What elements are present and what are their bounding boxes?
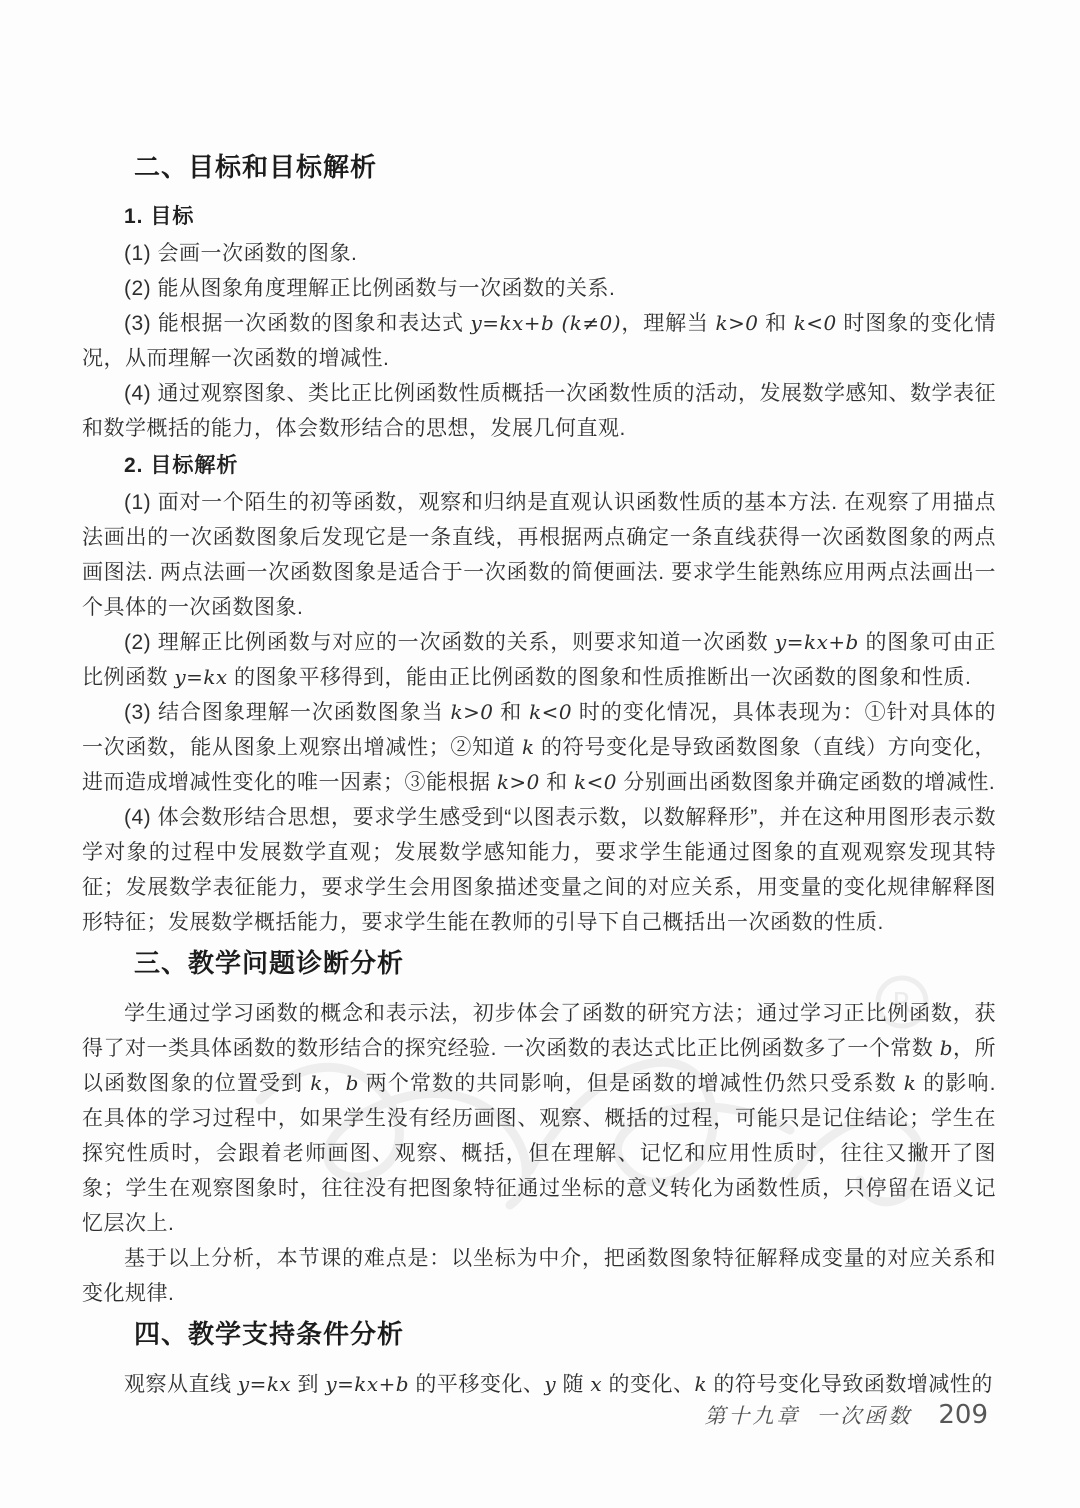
text-run: 基于以上分析，本节课的难点是：以坐标为中介，把函数图象特征解释成变量的对应关系和… [82,1247,996,1305]
math-expression: k<0 [574,770,617,794]
math-expression: k<0 [794,311,837,335]
document-body: 二、目标和目标解析1. 目标(1) 会画一次函数的图象.(2) 能从图象角度理解… [82,150,996,1402]
scanned-book-page: { "document": { "content": [ { "type": "… [0,0,1080,1508]
paragraph: 观察从直线 y=kx 到 y=kx+b 的平移变化、y 随 x 的变化、k 的符… [82,1367,996,1402]
math-expression: ) [613,311,621,335]
math-expression: y=kx+b [325,1372,409,1396]
subsection-heading: 2. 目标解析 [82,451,996,481]
section-heading: 三、教学问题诊断分析 [82,946,996,980]
paragraph: (2) 能从图象角度理解正比例函数与一次函数的关系. [82,271,996,306]
math-expression: k<0 [529,700,572,724]
math-expression: b [346,1071,359,1095]
section-heading: 四、教学支持条件分析 [82,1317,996,1351]
text-run: (2) 理解正比例函数与对应的一次函数的关系，则要求知道一次函数 [124,631,775,654]
math-expression: k>0 [451,700,494,724]
section-heading: 二、目标和目标解析 [82,150,996,184]
paragraph: (4) 通过观察图象、类比正比例函数性质概括一次函数性质的活动，发展数学感知、数… [82,376,996,446]
math-expression: k>0 [715,311,758,335]
footer-chapter-label: 第十九章 [704,1404,800,1428]
text-run: 学生通过学习函数的概念和表示法，初步体会了函数的研究方法；通过学习正比例函数，获… [82,1002,996,1060]
math-expression: b [940,1036,953,1060]
footer-chapter-title: 一次函数 [816,1404,912,1428]
text-run: (4) 体会数形结合思想，要求学生感受到“以图表示数，以数解释形”，并在这种用图… [82,806,996,934]
paragraph: 基于以上分析，本节课的难点是：以坐标为中介，把函数图象特征解释成变量的对应关系和… [82,1241,996,1311]
text-run: 和 [758,312,793,335]
text-run: (3) 能根据一次函数的图象和表达式 [124,312,471,335]
math-expression: y=kx+b [775,630,859,654]
paragraph: (3) 结合图象理解一次函数图象当 k>0 和 k<0 时的变化情况，具体表现为… [82,695,996,800]
text-run: ， [323,1072,346,1095]
math-expression: k>0 [497,770,540,794]
text-run: (1) 面对一个陌生的初等函数，观察和归纳是直观认识函数性质的基本方法. 在观察… [82,491,996,619]
text-run: 的影响. 在具体的学习过程中，如果学生没有经历画图、观察、概括的过程，可能只是记… [82,1072,996,1235]
paragraph: (1) 会画一次函数的图象. [82,236,996,271]
text-run: 两个常数的共同影响，但是函数的增减性仍然只受系数 [359,1072,904,1095]
subsection-heading: 1. 目标 [82,202,996,232]
text-run: 的图象平移得到，能由正比例函数的图象和性质推断出一次函数的图象和性质. [228,666,972,689]
math-expression: k [310,1071,323,1095]
math-expression: k [522,735,535,759]
paragraph: (2) 理解正比例函数与对应的一次函数的关系，则要求知道一次函数 y=kx+b … [82,625,996,695]
math-expression: y=kx [174,665,227,689]
paragraph: (1) 面对一个陌生的初等函数，观察和归纳是直观认识函数性质的基本方法. 在观察… [82,485,996,625]
footer-page-number: 209 [938,1400,988,1430]
text-run: 随 [556,1373,590,1396]
math-expression: y=kx+b [471,311,555,335]
text-run: 的符号变化导致函数增减性的 [707,1373,993,1396]
text-run: 观察从直线 [124,1373,238,1396]
page-content: 二、目标和目标解析1. 目标(1) 会画一次函数的图象.(2) 能从图象角度理解… [0,0,1080,1508]
text-run: 到 [291,1373,325,1396]
text-run: 和 [493,701,529,724]
text-run: 的变化、 [602,1373,694,1396]
math-expression: x [590,1372,602,1396]
text-run: (4) 通过观察图象、类比正比例函数性质概括一次函数性质的活动，发展数学感知、数… [82,382,996,440]
text-run: 分别画出函数图象并确定函数的增减性. [617,771,995,794]
math-expression: k≠0 [570,311,613,335]
text-run: (1) 会画一次函数的图象. [124,242,357,265]
paragraph: (4) 体会数形结合思想，要求学生感受到“以图表示数，以数解释形”，并在这种用图… [82,800,996,940]
text-run: (2) 能从图象角度理解正比例函数与一次函数的关系. [124,277,615,300]
text-run: 的平移变化、 [409,1373,544,1396]
math-expression: y [544,1372,556,1396]
text-run: (3) 结合图象理解一次函数图象当 [124,701,451,724]
paragraph: (3) 能根据一次函数的图象和表达式 y=kx+b (k≠0)，理解当 k>0 … [82,306,996,376]
paragraph: 学生通过学习函数的概念和表示法，初步体会了函数的研究方法；通过学习正比例函数，获… [82,996,996,1241]
math-expression: k [904,1071,917,1095]
text-run: ，理解当 [621,312,715,335]
math-expression: ( [554,311,569,335]
text-run: 和 [540,771,574,794]
page-footer: 第十九章一次函数209 [704,1400,988,1430]
math-expression: y=kx [238,1372,291,1396]
math-expression: k [694,1372,707,1396]
